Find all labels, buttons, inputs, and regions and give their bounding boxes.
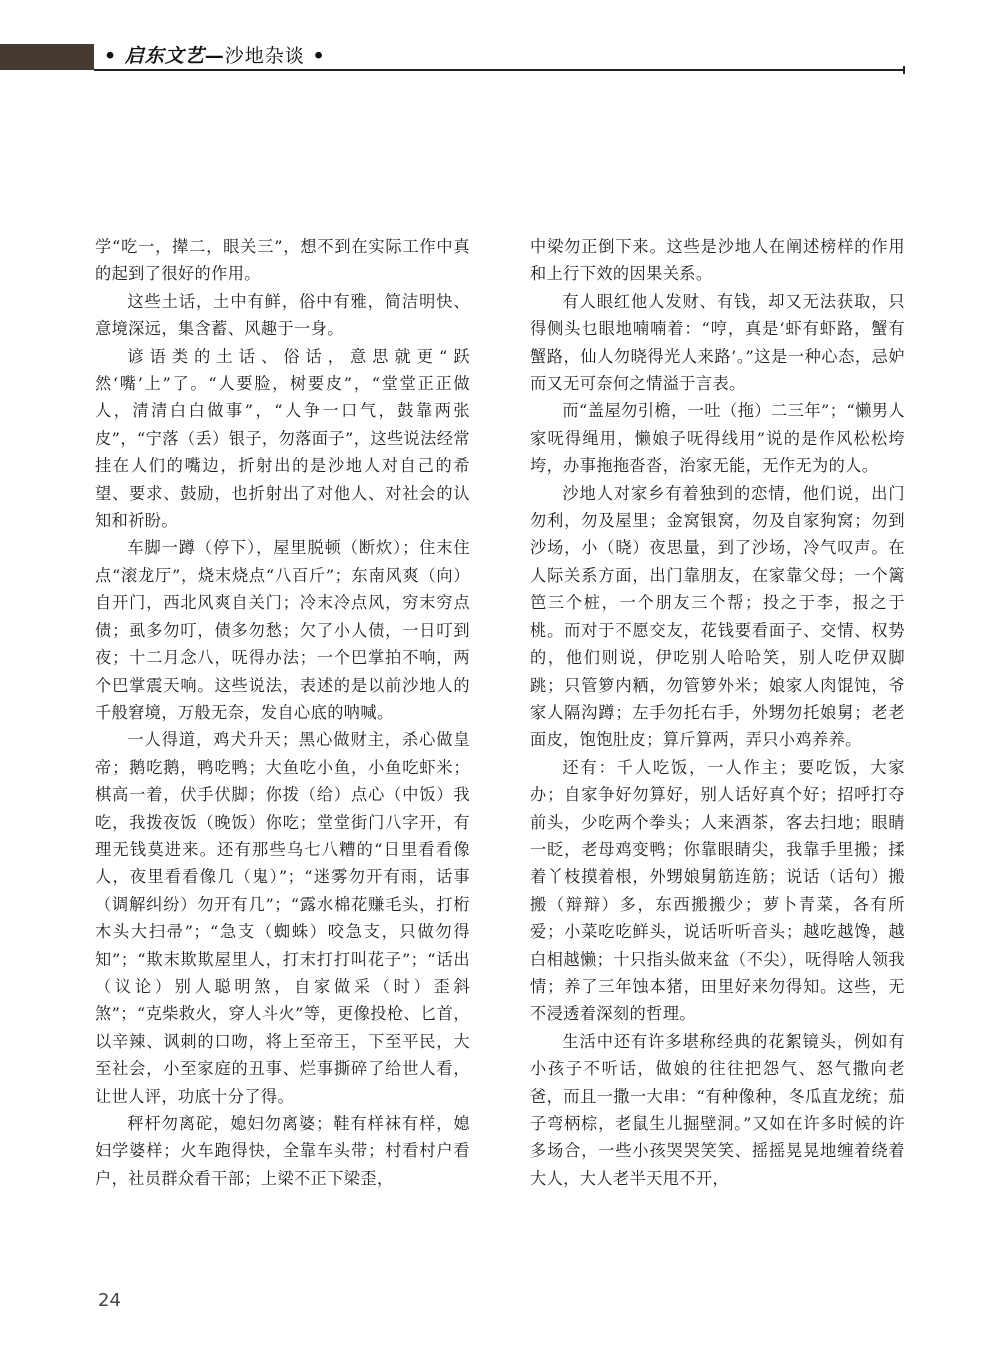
paragraph: 学“吃一，撵二，眼关三”，想不到在实际工作中真的起到了很好的作用。 xyxy=(95,233,470,288)
paragraph: 中梁勿正倒下来。这些是沙地人在阐述榜样的作用和上行下效的因果关系。 xyxy=(530,233,905,288)
paragraph: 沙地人对家乡有着独到的恋情，他们说，出门勿利，勿及屋里；金窝银窝，勿及自家狗窝；… xyxy=(530,480,905,754)
paragraph: 有人眼红他人发财、有钱，却又无法获取，只得侧头乜眼地喃喃着：“哼，真是‘虾有虾路… xyxy=(530,288,905,398)
paragraph: 秤杆勿离砣，媳妇勿离婆；鞋有样袜有样，媳妇学婆样；火车跑得快，全靠车头带；村看村… xyxy=(95,1110,470,1192)
paragraph: 谚语类的土话、俗话，意思就更“跃然‘嘴’上”了。“人要脸，树要皮”，“堂堂正正做… xyxy=(95,343,470,535)
page-number: 24 xyxy=(98,1290,121,1311)
paragraph: 生活中还有许多堪称经典的花絮镜头，例如有小孩子不听话，做娘的往往把怨气、怒气撒向… xyxy=(530,1028,905,1192)
header-dash: — xyxy=(205,45,225,67)
header-color-block xyxy=(0,44,94,70)
paragraph: 还有：千人吃饭，一人作主；要吃饭，大家办；自家争好勿算好，别人话好真个好；招呼打… xyxy=(530,754,905,1028)
header-rule xyxy=(94,69,904,71)
right-column: 中梁勿正倒下来。这些是沙地人在阐述榜样的作用和上行下效的因果关系。 有人眼红他人… xyxy=(530,233,905,1192)
header-bullet-right: • xyxy=(312,45,325,67)
paragraph: 这些土话，土中有鲜，俗中有雅，简洁明快、意境深远，集含蓄、风趣于一身。 xyxy=(95,288,470,343)
paragraph: 而“盖屋勿引檐，一吐（拖）二三年”；“懒男人家呒得绳用，懒娘子呒得线用”说的是作… xyxy=(530,397,905,479)
header-bullet-left: • xyxy=(104,45,117,67)
paragraph: 车脚一蹲（停下），屋里脱顿（断炊）；住末住点“滚龙厅”，烧末烧点“八百斤”；东南… xyxy=(95,534,470,726)
column-name: 沙地杂谈 xyxy=(225,45,305,67)
left-column: 学“吃一，撵二，眼关三”，想不到在实际工作中真的起到了很好的作用。 这些土话，土… xyxy=(95,233,470,1192)
magazine-name: 启东文艺 xyxy=(125,45,205,67)
running-header: • 启东文艺—沙地杂谈 • xyxy=(104,43,326,69)
paragraph: 一人得道，鸡犬升天；黑心做财主，杀心做皇帝；鹅吃鹅，鸭吃鸭；大鱼吃小鱼，小鱼吃虾… xyxy=(95,726,470,1110)
header-rule-end-tick xyxy=(903,66,905,74)
